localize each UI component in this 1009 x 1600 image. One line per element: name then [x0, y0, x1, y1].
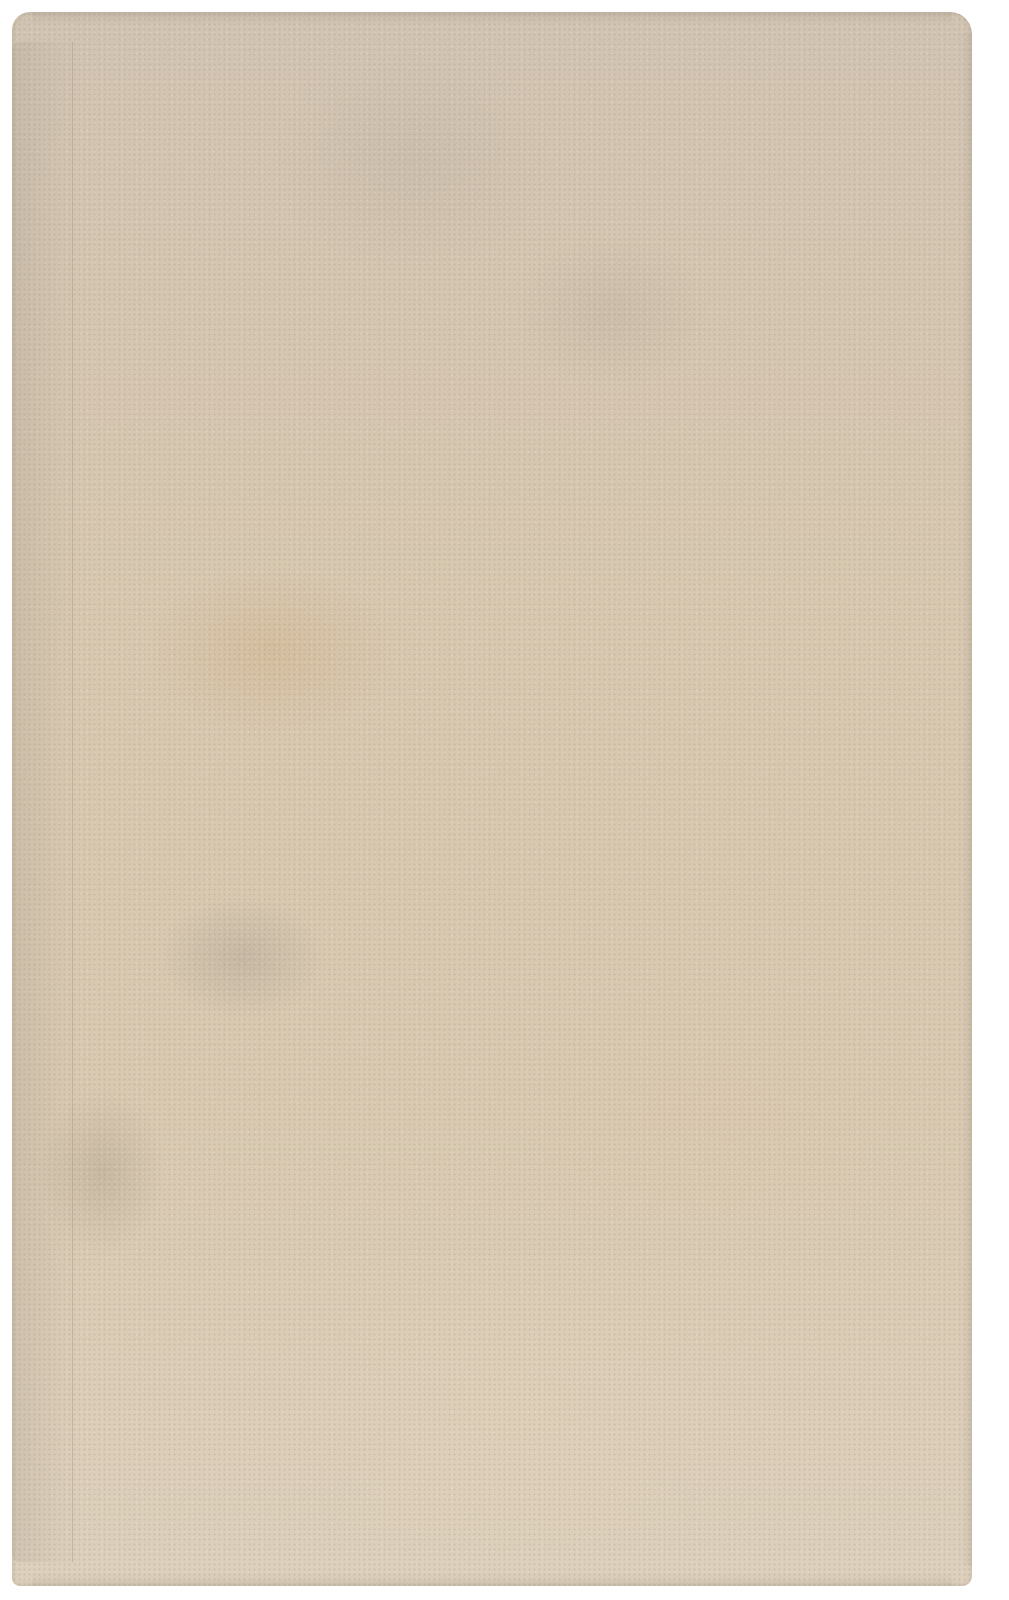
image-description: Product photo of a plain beige/taupe tuf…	[12, 12, 13, 13]
rug-border-bottom	[32, 1572, 952, 1586]
rug-border-left	[12, 42, 73, 1562]
rug-border-top	[32, 12, 952, 26]
photo-canvas: Product photo of a plain beige/taupe tuf…	[0, 0, 1009, 1600]
rug-border-right	[960, 32, 972, 1566]
rug: Product photo of a plain beige/taupe tuf…	[12, 12, 972, 1586]
